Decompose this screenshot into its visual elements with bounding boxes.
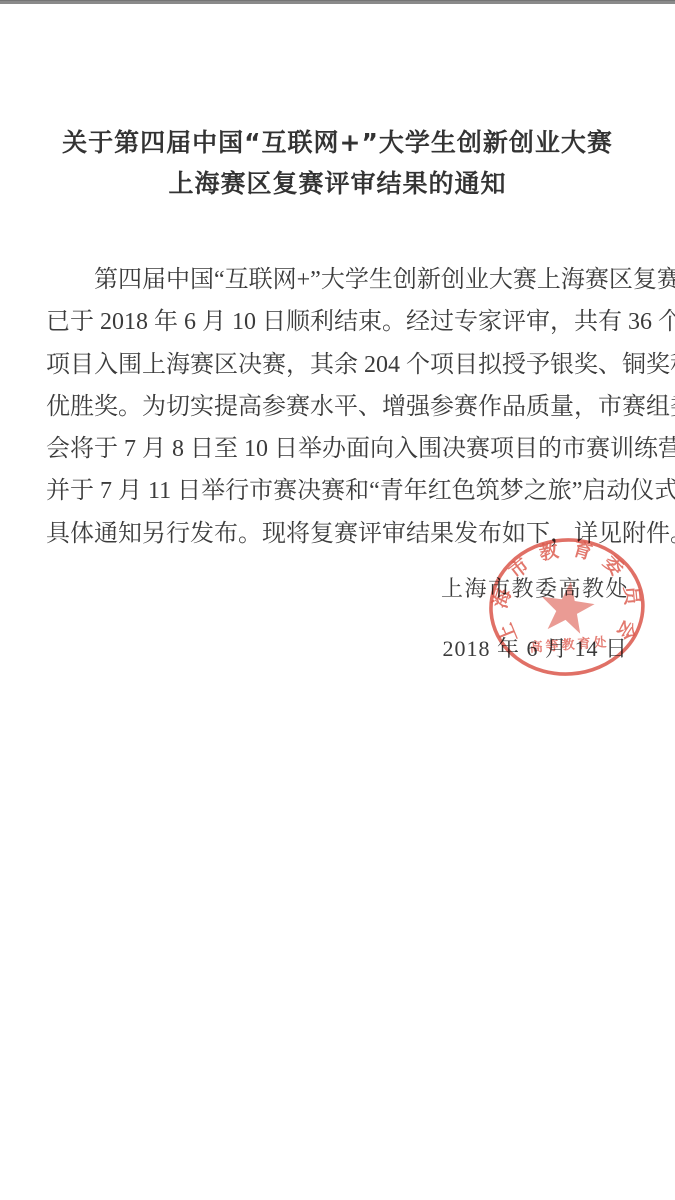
document-title-line-1: 关于第四届中国“互联网+”大学生创新创业大赛 [0,122,675,163]
document-title-line-2: 上海赛区复赛评审结果的通知 [0,163,675,204]
document-title: 关于第四届中国“互联网+”大学生创新创业大赛 上海赛区复赛评审结果的通知 [0,122,675,204]
signature-date: 2018 年 6 月 14 日 [442,632,628,663]
body-line: 具体通知另行发布。现将复赛评审结果发布如下，详见附件。 [46,513,631,555]
body-line: 会将于 7 月 8 日至 10 日举办面向入围决赛项目的市赛训练营， [46,428,631,470]
scan-artifact-top-bar [0,0,675,4]
body-line: 并于 7 月 11 日举行市赛决赛和“青年红色筑梦之旅”启动仪式， [46,470,631,512]
body-line: 优胜奖。为切实提高参赛水平、增强参赛作品质量，市赛组委 [46,386,631,428]
document-body: 第四届中国“互联网+”大学生创新创业大赛上海赛区复赛 已于 2018 年 6 月… [46,259,631,555]
body-line: 已于 2018 年 6 月 10 日顺利结束。经过专家评审，共有 36 个 [46,301,631,343]
signature-department: 上海市教委高教处 [441,572,629,603]
body-line: 第四届中国“互联网+”大学生创新创业大赛上海赛区复赛 [46,259,631,301]
scanned-notice-page: 关于第四届中国“互联网+”大学生创新创业大赛 上海赛区复赛评审结果的通知 第四届… [0,0,675,1200]
body-line: 项目入围上海赛区决赛，其余 204 个项目拟授予银奖、铜奖和 [46,344,631,386]
